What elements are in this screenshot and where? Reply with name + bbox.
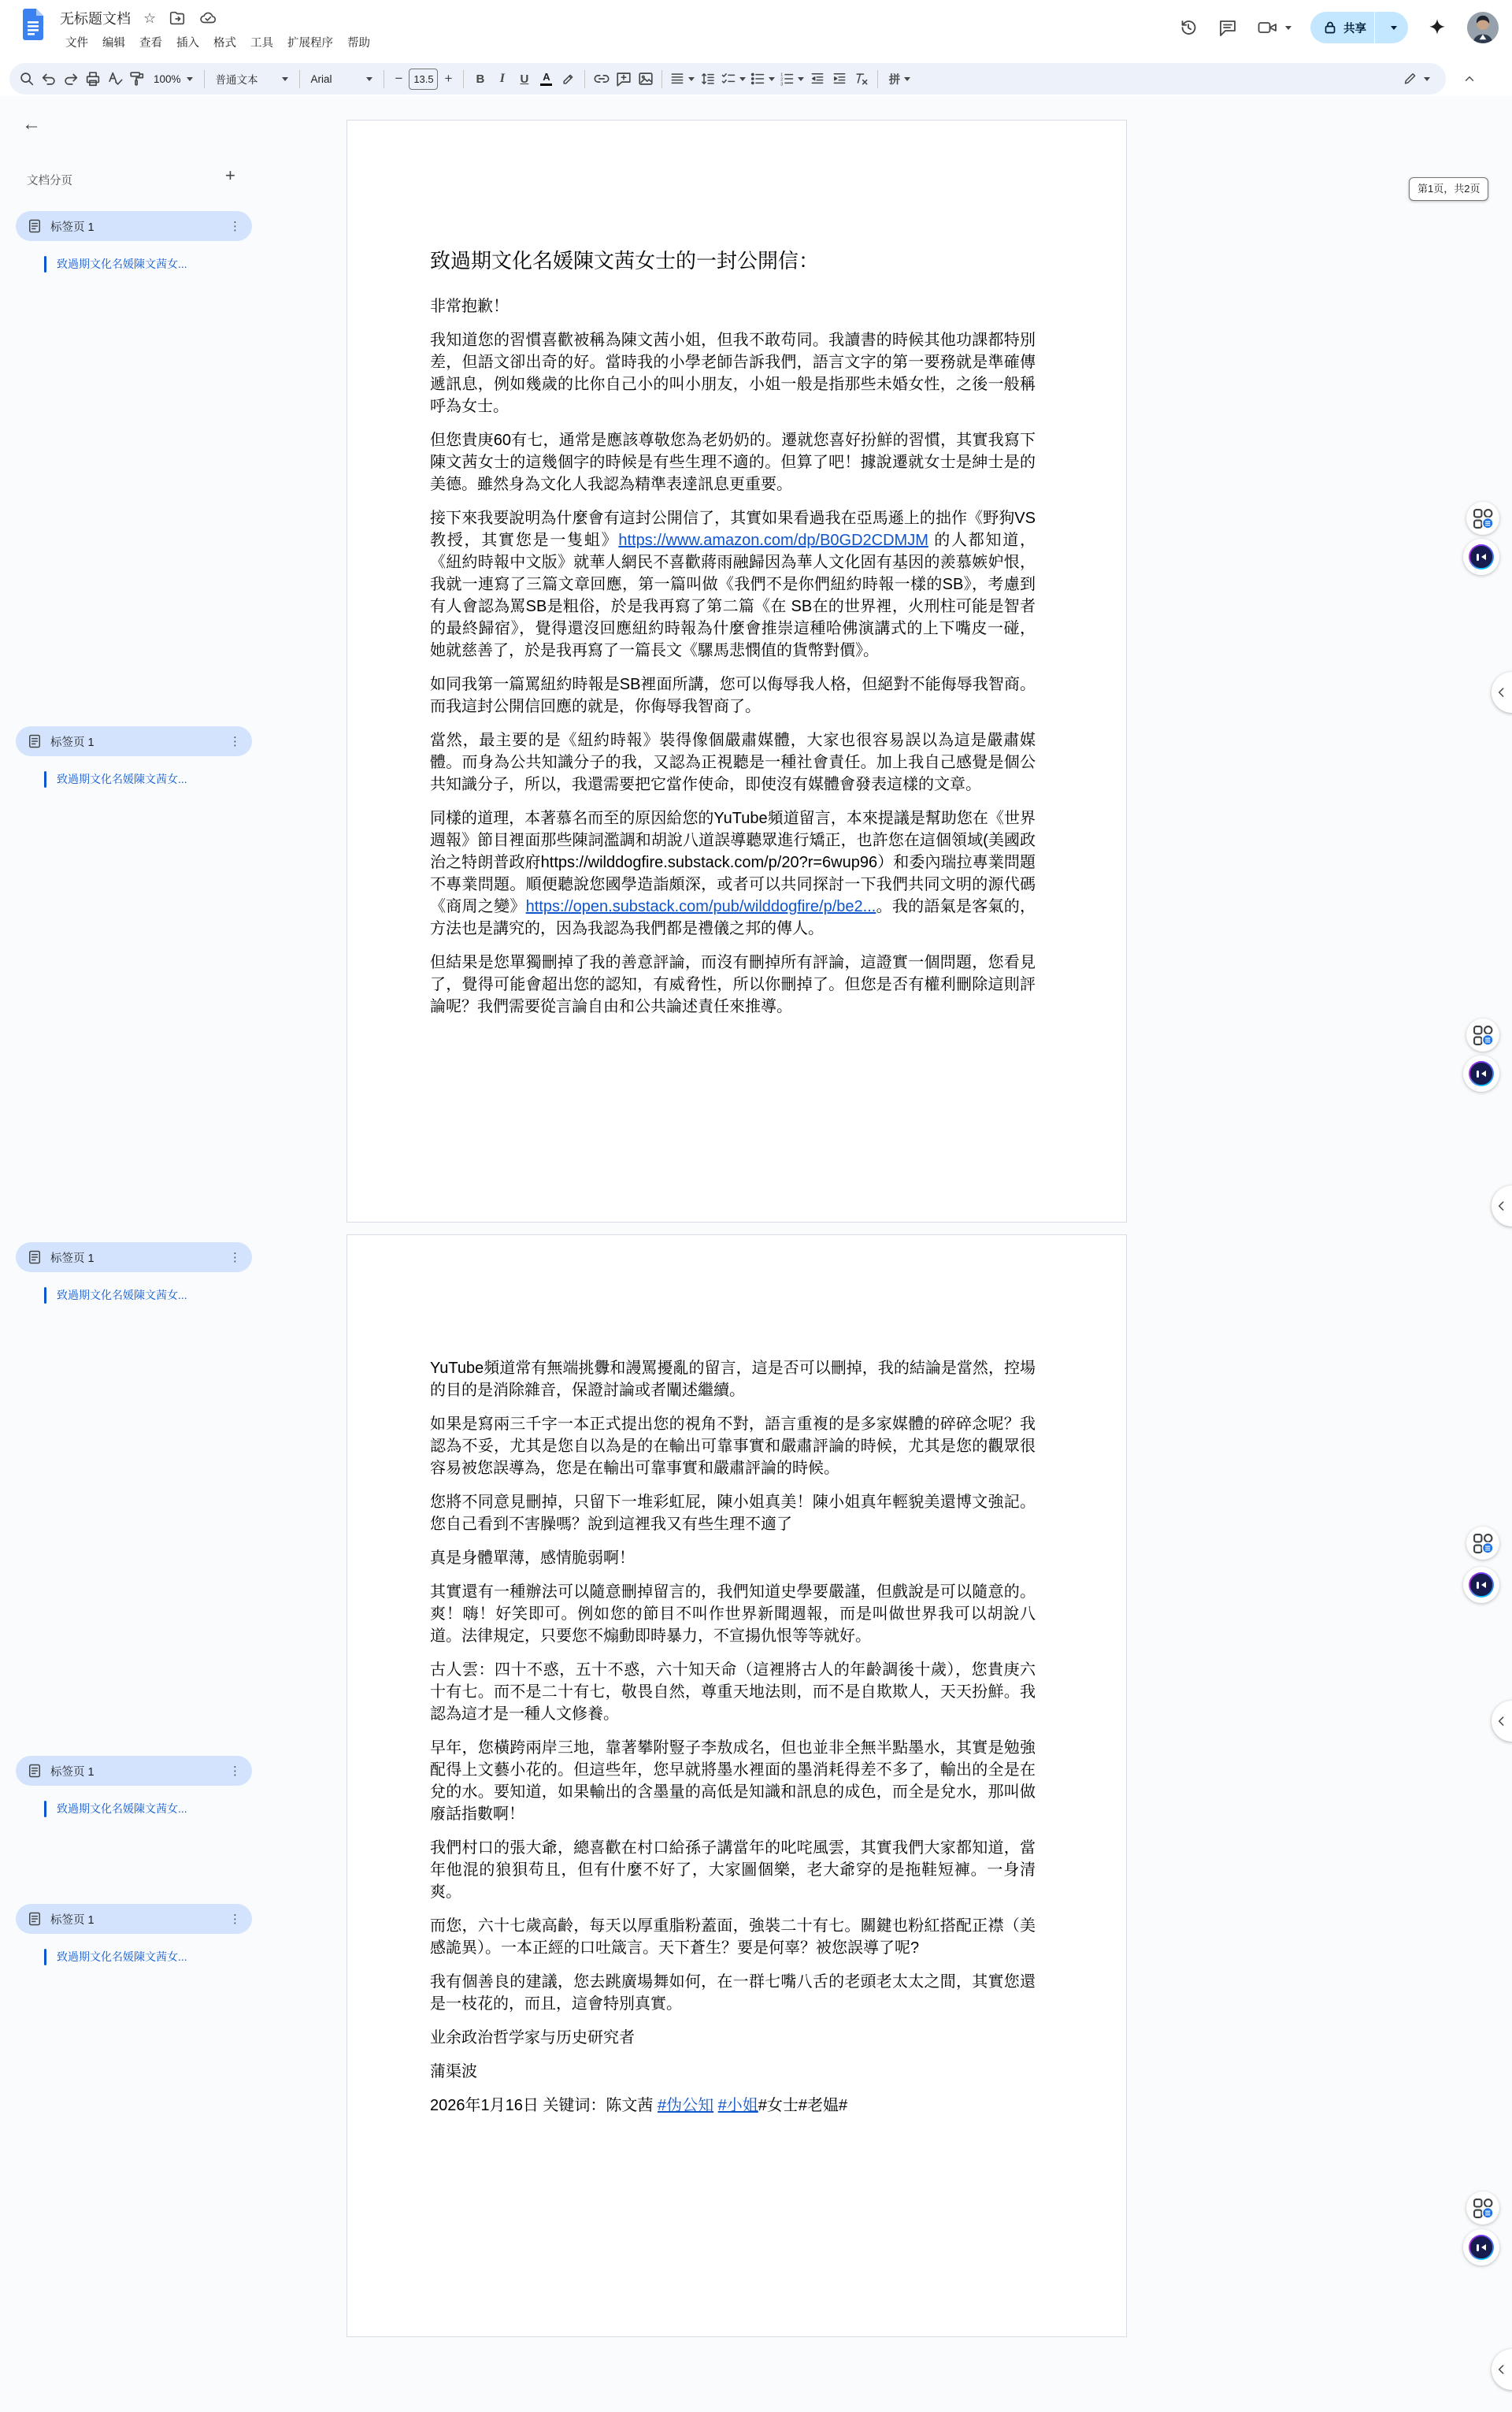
- font-select[interactable]: Arial: [306, 73, 378, 85]
- app-header: 无标题文档 ☆ 文件编辑查看插入格式工具扩展程序帮助: [0, 0, 1512, 61]
- chevron-down-icon: [739, 77, 746, 81]
- numbered-list-icon[interactable]: 123: [777, 69, 806, 90]
- text-run: 古人雲：四十不惑，五十不惑，六十知天命（這裡將古人的年齡調後十歲），您貴庚六十有…: [430, 1661, 1036, 1723]
- gemini-sparkle-icon[interactable]: [1427, 17, 1447, 38]
- assistant-orb-icon: [1469, 1572, 1494, 1597]
- extension-grid-icon: [1473, 2198, 1494, 2219]
- outline-marker: [44, 771, 46, 788]
- tab-menu-icon[interactable]: ⋮: [229, 1912, 241, 1926]
- tab-document-icon: [27, 1911, 43, 1927]
- back-arrow-icon[interactable]: ←: [22, 115, 41, 134]
- menu-item-3[interactable]: 查看: [134, 32, 168, 53]
- document-page-1[interactable]: 致過期文化名媛陳文茜女士的一封公開信： 非常抱歉！我知道您的習慣喜歡被稱為陳文茜…: [346, 120, 1127, 1223]
- text-run: 早年，您橫跨兩岸三地，靠著攀附豎子李敖成名，但也並非全無半點墨水，其實是勉強配得…: [430, 1739, 1036, 1823]
- clear-formatting-icon[interactable]: [850, 69, 872, 90]
- extension-button-assistant[interactable]: [1463, 1056, 1499, 1092]
- title-block: 无标题文档 ☆ 文件编辑查看插入格式工具扩展程序帮助: [60, 6, 376, 53]
- text-run: 我們村口的張大爺，總喜歡在村口給孫子講當年的叱咤風雲，其實我們大家都知道，當年他…: [430, 1839, 1036, 1901]
- text-run: #女士#老媪#: [758, 2097, 847, 2114]
- tab-document-icon: [27, 733, 43, 749]
- extension-grid-icon: [1473, 1533, 1494, 1554]
- paragraph: 當然，最主要的是《紐約時報》裝得像個嚴肅媒體，大家也很容易誤以為這是嚴肅媒體。而…: [430, 729, 1036, 796]
- text-run: 我知道您的習慣喜歡被稱為陳文茜小姐，但我不敢苟同。我讀書的時候其他功課都特別差，…: [430, 332, 1036, 415]
- lock-icon: [1323, 20, 1337, 35]
- page-indicator-badge: 第1页，共2页: [1409, 177, 1488, 201]
- print-icon[interactable]: [82, 69, 103, 90]
- outline-item-2[interactable]: 致過期文化名媛陳文茜女...: [44, 770, 187, 789]
- outline-item-5[interactable]: 致過期文化名媛陳文茜女...: [44, 1947, 187, 1966]
- outline-item-label: 致過期文化名媛陳文茜女...: [57, 256, 187, 272]
- paragraph: YuTube頻道常有無端挑釁和謾罵擾亂的留言，這是否可以刪掉，我的結論是當然，控…: [430, 1357, 1036, 1401]
- sidebar-panel-title: 文档分页: [27, 172, 72, 188]
- chevron-down-icon: [688, 77, 695, 81]
- document-heading: 致過期文化名媛陳文茜女士的一封公開信：: [430, 245, 1036, 276]
- bold-icon[interactable]: B: [469, 69, 491, 90]
- text-run: 蒲渠波: [430, 2063, 477, 2080]
- paragraph: 但結果是您單獨刪掉了我的善意評論，而沒有刪掉所有評論，這證實一個問題，您看見了，…: [430, 952, 1036, 1018]
- user-avatar[interactable]: [1466, 11, 1499, 44]
- line-spacing-icon[interactable]: [697, 69, 718, 90]
- outline-item-1[interactable]: 致過期文化名媛陳文茜女...: [44, 254, 187, 273]
- share-dropdown-caret-icon[interactable]: [1391, 26, 1397, 30]
- chevron-down-icon: [1424, 77, 1430, 81]
- document-title[interactable]: 无标题文档: [60, 8, 131, 28]
- paragraph: 我知道您的習慣喜歡被稱為陳文茜小姐，但我不敢苟同。我讀書的時候其他功課都特別差，…: [430, 329, 1036, 417]
- input-tools-label: 拼: [889, 71, 901, 87]
- align-icon[interactable]: [668, 69, 696, 90]
- docs-logo-icon[interactable]: [20, 8, 46, 41]
- menu-item-4[interactable]: 插入: [171, 32, 205, 53]
- video-call-icon: [1257, 17, 1278, 38]
- insert-link-icon[interactable]: [591, 69, 612, 90]
- sidebar-tab-5[interactable]: 标签页 1⋮: [16, 1904, 252, 1934]
- share-button-label: 共享: [1343, 20, 1366, 36]
- paragraph: 业余政治哲学家与历史研究者: [430, 2027, 1036, 2049]
- appbar-actions: 共享: [1178, 11, 1499, 44]
- sidebar-tab-4[interactable]: 标签页 1⋮: [16, 1756, 252, 1786]
- highlight-color-icon[interactable]: [558, 69, 579, 90]
- paragraph: 2026年1月16日 关键词：陈文茜 #伪公知 #小姐#女士#老媪#: [430, 2095, 1036, 2117]
- video-call-button[interactable]: [1257, 17, 1291, 38]
- bulleted-list-icon[interactable]: [748, 69, 776, 90]
- outline-item-label: 致過期文化名媛陳文茜女...: [57, 1949, 187, 1965]
- add-tab-icon[interactable]: +: [225, 165, 235, 186]
- italic-icon[interactable]: I: [491, 69, 513, 90]
- paragraph: 接下來我要說明為什麼會有這封公開信了，其實如果看過我在亞馬遜上的拙作《野狗VS教…: [430, 507, 1036, 662]
- tab-document-icon: [27, 1249, 43, 1265]
- collapse-panel-icon[interactable]: [1492, 672, 1512, 713]
- menu-item-5[interactable]: 格式: [208, 32, 242, 53]
- collapse-panel-icon[interactable]: [1492, 1701, 1512, 1742]
- extension-grid-icon: [1473, 1025, 1494, 1046]
- menu-item-7[interactable]: 扩展程序: [282, 32, 339, 53]
- tab-menu-icon[interactable]: ⋮: [229, 219, 241, 233]
- extension-button-apps[interactable]: [1466, 1527, 1499, 1560]
- outline-item-label: 致過期文化名媛陳文茜女...: [57, 771, 187, 787]
- text-run: https://wilddogfire.substack.com/p/20?r=…: [541, 854, 877, 871]
- tab-label: 标签页 1: [50, 218, 94, 235]
- paragraph: 真是身體單薄，感情脆弱啊！: [430, 1547, 1036, 1569]
- text-run: 但結果是您單獨刪掉了我的善意評論，而沒有刪掉所有評論，這證實一個問題，您看見了，…: [430, 954, 1036, 1015]
- document-canvas: ← 文档分页 + 标签页 1⋮致過期文化名媛陳文茜女...标签页 1⋮致過期文化…: [0, 96, 1512, 2412]
- paragraph: 蒲渠波: [430, 2061, 1036, 2083]
- page2-body: YuTube頻道常有無端挑釁和謾罵擾亂的留言，這是否可以刪掉，我的結論是當然，控…: [430, 1357, 1036, 2117]
- paragraph: 我們村口的張大爺，總喜歡在村口給孫子講當年的叱咤風雲，其實我們大家都知道，當年他…: [430, 1837, 1036, 1903]
- toolbar-divider: [384, 70, 384, 88]
- text-run: 其實還有一種辦法可以隨意刪掉留言的，我們知道史學要嚴謹，但戲說是可以隨意的。爽！…: [430, 1583, 1036, 1645]
- increase-font-size-button[interactable]: +: [439, 71, 458, 87]
- toolbar-divider: [299, 70, 300, 88]
- inline-link[interactable]: https://www.amazon.com/dp/B0GD2CDMJM: [618, 532, 928, 549]
- paragraph: 我有個善良的建議，您去跳廣場舞如何，在一群七嘴八舌的老頭老太太之間，其實您還是一…: [430, 1971, 1036, 2015]
- increase-indent-icon[interactable]: [828, 69, 850, 90]
- text-run: 當然，最主要的是《紐約時報》裝得像個嚴肅媒體，大家也很容易誤以為這是嚴肅媒體。而…: [430, 732, 1036, 793]
- assistant-orb-icon: [1469, 1061, 1494, 1086]
- paragraph: 如果是寫兩三千字一本正式提出您的視角不對，語言重複的是多家媒體的碎碎念呢？我認為…: [430, 1413, 1036, 1479]
- paragraph: 其實還有一種辦法可以隨意刪掉留言的，我們知道史學要嚴謹，但戲說是可以隨意的。爽！…: [430, 1581, 1036, 1647]
- history-icon[interactable]: [1178, 17, 1199, 38]
- inline-link[interactable]: #小姐: [718, 2097, 758, 2114]
- paragraph: 古人雲：四十不惑，五十不惑，六十知天命（這裡將古人的年齡調後十歲），您貴庚六十有…: [430, 1659, 1036, 1725]
- paragraph: 非常抱歉！: [430, 295, 1036, 317]
- chevron-down-icon: [366, 77, 372, 81]
- tab-label: 标签页 1: [50, 1911, 94, 1928]
- extension-grid-icon: [1473, 508, 1494, 529]
- share-button[interactable]: 共享: [1310, 12, 1408, 43]
- extension-button-apps[interactable]: [1466, 502, 1499, 535]
- chevron-down-icon: [769, 77, 775, 81]
- toolbar-divider: [661, 70, 662, 88]
- outline-marker: [44, 1949, 46, 1965]
- paragraph-style-select[interactable]: 普通文本: [210, 71, 294, 87]
- text-run: 您將不同意見刪掉，只留下一堆彩虹屁，陳小姐真美！陳小姐真年輕貌美還博文強記。您自…: [430, 1494, 1036, 1533]
- page1-body: 非常抱歉！我知道您的習慣喜歡被稱為陳文茜小姐，但我不敢苟同。我讀書的時候其他功課…: [430, 295, 1036, 1018]
- outline-item-label: 致過期文化名媛陳文茜女...: [57, 1287, 187, 1303]
- outline-marker: [44, 256, 46, 273]
- svg-text:3: 3: [780, 82, 783, 87]
- text-run: 的人都知道，《紐約時報中文版》就華人網民不喜歡蔣雨融歸因為華人文化固有基因的羨慕…: [430, 532, 1036, 659]
- share-divider: [1374, 12, 1375, 43]
- paragraph: 早年，您橫跨兩岸三地，靠著攀附豎子李敖成名，但也並非全無半點墨水，其實是勉強配得…: [430, 1737, 1036, 1825]
- outline-marker: [44, 1801, 46, 1817]
- font-size-input[interactable]: 13.5: [409, 69, 438, 90]
- underline-icon[interactable]: U: [513, 69, 535, 90]
- move-folder-icon[interactable]: [169, 9, 186, 27]
- undo-icon[interactable]: [38, 69, 59, 90]
- tab-menu-icon[interactable]: ⋮: [229, 1764, 241, 1778]
- extension-button-apps[interactable]: [1466, 2191, 1499, 2225]
- extension-button-assistant[interactable]: [1463, 539, 1499, 575]
- add-comment-icon[interactable]: [613, 69, 634, 90]
- paragraph-style-value: 普通文本: [216, 71, 258, 87]
- toolbar-divider: [877, 70, 878, 88]
- comments-icon[interactable]: [1217, 17, 1238, 38]
- outline-item-label: 致過期文化名媛陳文茜女...: [57, 1801, 187, 1816]
- paragraph: 如同我第一篇罵紐約時報是SB裡面所講，您可以侮辱我人格，但絕對不能侮辱我智商。而…: [430, 674, 1036, 718]
- menu-item-8[interactable]: 帮助: [342, 32, 376, 53]
- zoom-value: 100%: [154, 73, 181, 85]
- menu-item-1[interactable]: 文件: [60, 32, 94, 53]
- extension-button-assistant[interactable]: [1463, 2229, 1499, 2265]
- text-run: 而您，六十七歲高齡，每天以厚重脂粉蓋面，強裝二十有七。關鍵也粉紅搭配正襟（美感詭…: [430, 1917, 1036, 1957]
- cloud-status-icon[interactable]: [198, 9, 217, 27]
- menubar: 文件编辑查看插入格式工具扩展程序帮助: [60, 32, 376, 53]
- decrease-font-size-button[interactable]: −: [390, 71, 409, 87]
- star-icon[interactable]: ☆: [143, 11, 156, 25]
- text-run: YuTube頻道常有無端挑釁和謾罵擾亂的留言，這是否可以刪掉，我的結論是當然，控…: [430, 1360, 1036, 1399]
- collapse-panel-icon[interactable]: [1492, 1186, 1512, 1226]
- extension-button-apps[interactable]: [1466, 1019, 1499, 1052]
- text-run: 非常抱歉！: [430, 298, 509, 315]
- tab-label: 标签页 1: [50, 733, 94, 750]
- toolbar: 100% 普通文本 Arial − 13.5 + B I U A 123: [9, 63, 1446, 95]
- paragraph: 同樣的道理，本著慕名而至的原因給您的YuTube頻道留言，本來提議是幫助您在《世…: [430, 807, 1036, 940]
- text-run: 如同我第一篇罵紐約時報是SB裡面所講，您可以侮辱我人格，但絕對不能侮辱我智商。而…: [430, 676, 1036, 715]
- editing-mode-icon[interactable]: [1399, 69, 1435, 90]
- sidebar-tab-3[interactable]: 标签页 1⋮: [16, 1242, 252, 1272]
- text-run: 但您貴庚60有七，通常是應該尊敬您為老奶奶的。遷就您喜好扮鮮的習慣，其實我寫下陳…: [430, 432, 1036, 493]
- tab-menu-icon[interactable]: ⋮: [229, 1250, 241, 1264]
- text-color-icon[interactable]: A: [535, 69, 557, 90]
- tab-document-icon: [27, 1763, 43, 1779]
- sidebar-tab-2[interactable]: 标签页 1⋮: [16, 726, 252, 756]
- menu-item-2[interactable]: 编辑: [97, 32, 131, 53]
- checklist-icon[interactable]: [719, 69, 747, 90]
- collapse-panel-icon[interactable]: [1492, 2349, 1512, 2390]
- outline-item-3[interactable]: 致過期文化名媛陳文茜女...: [44, 1286, 187, 1304]
- chevron-down-icon: [1285, 26, 1291, 30]
- decrease-indent-icon[interactable]: [806, 69, 828, 90]
- inline-link[interactable]: https://open.substack.com/pub/wilddogfir…: [526, 898, 876, 915]
- outline-marker: [44, 1287, 46, 1304]
- assistant-orb-icon: [1469, 2235, 1494, 2260]
- paragraph: 而您，六十七歲高齡，每天以厚重脂粉蓋面，強裝二十有七。關鍵也粉紅搭配正襟（美感詭…: [430, 1915, 1036, 1959]
- inline-link[interactable]: #伪公知: [658, 2097, 713, 2114]
- paragraph: 您將不同意見刪掉，只留下一堆彩虹屁，陳小姐真美！陳小姐真年輕貌美還博文強記。您自…: [430, 1491, 1036, 1535]
- tab-label: 标签页 1: [50, 1763, 94, 1779]
- chevron-down-icon: [798, 77, 804, 81]
- assistant-orb-icon: [1469, 544, 1494, 570]
- paint-format-icon[interactable]: [126, 69, 147, 90]
- outline-item-4[interactable]: 致過期文化名媛陳文茜女...: [44, 1799, 187, 1818]
- toolbar-divider: [204, 70, 205, 88]
- toolbar-divider: [584, 70, 585, 88]
- redo-icon[interactable]: [60, 69, 81, 90]
- sidebar-tab-1[interactable]: 标签页 1⋮: [16, 211, 252, 241]
- chevron-down-icon: [904, 77, 910, 81]
- extension-button-assistant[interactable]: [1463, 1567, 1499, 1603]
- text-run: 2026年1月16日 关键词：陈文茜: [430, 2097, 658, 2114]
- toolbar-divider: [463, 70, 464, 88]
- chevron-down-icon: [282, 77, 288, 81]
- text-run: 如果是寫兩三千字一本正式提出您的視角不對，語言重複的是多家媒體的碎碎念呢？我認為…: [430, 1416, 1036, 1477]
- text-run: 我有個善良的建議，您去跳廣場舞如何，在一群七嘴八舌的老頭老太太之間，其實您還是一…: [430, 1973, 1036, 2013]
- search-icon[interactable]: [16, 69, 37, 90]
- font-value: Arial: [311, 73, 332, 85]
- text-run: 业余政治哲学家与历史研究者: [430, 2029, 635, 2046]
- input-tools-icon[interactable]: 拼: [884, 69, 915, 90]
- spellcheck-icon[interactable]: [104, 69, 125, 90]
- zoom-select[interactable]: 100%: [148, 73, 198, 85]
- tab-menu-icon[interactable]: ⋮: [229, 734, 241, 748]
- paragraph: 但您貴庚60有七，通常是應該尊敬您為老奶奶的。遷就您喜好扮鮮的習慣，其實我寫下陳…: [430, 429, 1036, 495]
- tab-document-icon: [27, 218, 43, 234]
- text-run: 真是身體單薄，感情脆弱啊！: [430, 1549, 635, 1567]
- menu-item-6[interactable]: 工具: [245, 32, 279, 53]
- document-page-2[interactable]: YuTube頻道常有無端挑釁和謾罵擾亂的留言，這是否可以刪掉，我的結論是當然，控…: [346, 1234, 1127, 2337]
- tab-label: 标签页 1: [50, 1249, 94, 1266]
- insert-image-icon[interactable]: [635, 69, 656, 90]
- chevron-down-icon: [187, 77, 193, 81]
- collapse-toolbar-icon[interactable]: [1458, 69, 1480, 88]
